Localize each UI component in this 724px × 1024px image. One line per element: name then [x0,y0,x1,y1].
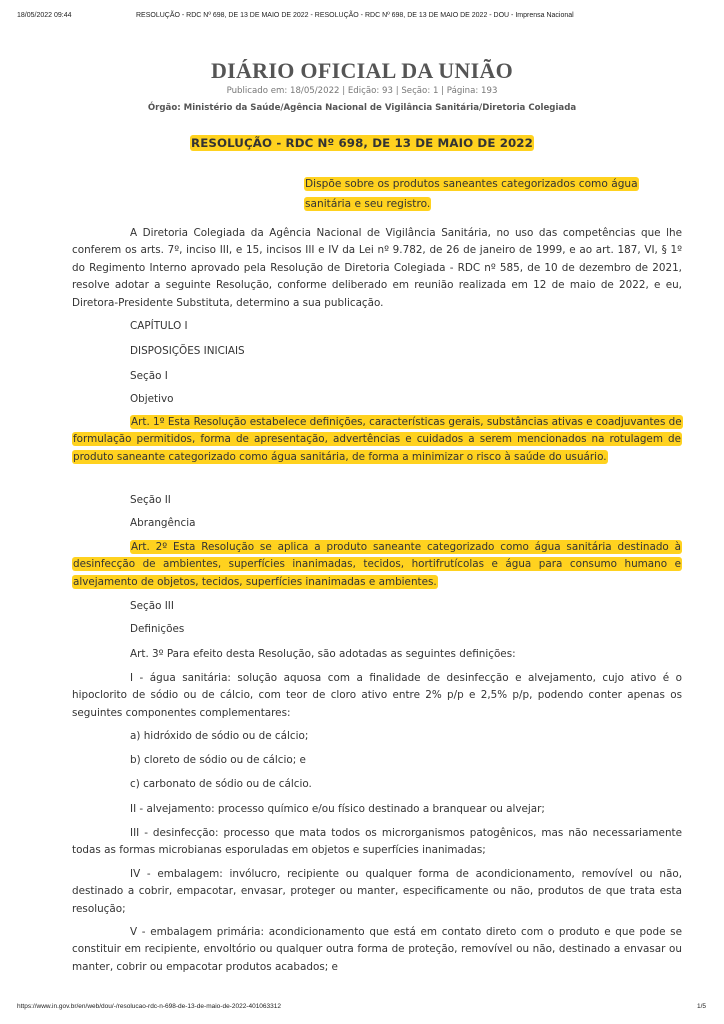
secao3-heading: Seção III [72,598,682,615]
alinea-c-block: c) carbonato de sódio ou de cálcio. [72,776,682,793]
secao1-name-block: Objetivo [72,391,682,408]
inciso-5: V - embalagem primária: acondicionamento… [72,924,682,976]
article-3: Art. 3º Para efeito desta Resolução, são… [72,646,682,663]
capitulo-name-block: DISPOSIÇÕES INICIAIS [72,343,682,360]
art2-block: Art. 2º Esta Resolução se aplica a produ… [72,539,682,591]
article-1: Art. 1º Esta Resolução estabelece defini… [72,414,682,466]
inc3-block: III - desinfecção: processo que mata tod… [72,825,682,860]
secao1-name: Objetivo [72,391,682,408]
secao1-heading: Seção I [72,368,682,385]
inciso-3: III - desinfecção: processo que mata tod… [72,825,682,860]
secao3-block: Seção III [72,598,682,615]
secao2-name-block: Abrangência [72,515,682,532]
ementa-text: Dispõe sobre os produtos saneantes categ… [304,177,639,211]
art3-block: Art. 3º Para efeito desta Resolução, são… [72,646,682,663]
article-2: Art. 2º Esta Resolução se aplica a produ… [72,539,682,591]
inciso-1: I - água sanitária: solução aquosa com a… [72,670,682,722]
document-body: A Diretoria Colegiada da Agência Naciona… [72,225,682,312]
alinea-b: b) cloreto de sódio ou de cálcio; e [72,752,682,769]
orgao-line: Órgão: Ministério da Saúde/Agência Nacio… [0,103,724,113]
print-footer: https://www.in.gov.br/en/web/dou/-/resol… [0,1003,724,1015]
alinea-a: a) hidróxido de sódio ou de cálcio; [72,728,682,745]
print-datetime: 18/05/2022 09:44 [17,12,72,19]
alinea-a-block: a) hidróxido de sódio ou de cálcio; [72,728,682,745]
page-number: 1/5 [697,1003,706,1010]
article-1-text: Art. 1º Esta Resolução estabelece defini… [72,415,683,464]
art1-block: Art. 1º Esta Resolução estabelece defini… [72,414,682,466]
page-url[interactable]: https://www.in.gov.br/en/web/dou/-/resol… [17,1003,281,1010]
secao1-block: Seção I [72,368,682,385]
capitulo-block: CAPÍTULO I [72,318,682,335]
secao3-name-block: Definições [72,621,682,638]
secao2-heading: Seção II [72,492,682,509]
print-title: RESOLUÇÃO - RDC Nº 698, DE 13 DE MAIO DE… [136,12,574,19]
capitulo-name: DISPOSIÇÕES INICIAIS [72,343,682,360]
ementa: Dispõe sobre os produtos saneantes categ… [304,174,684,214]
inc5-block: V - embalagem primária: acondicionamento… [72,924,682,976]
inc1-block: I - água sanitária: solução aquosa com a… [72,670,682,722]
document-title-text: RESOLUÇÃO - RDC Nº 698, DE 13 DE MAIO DE… [190,135,534,151]
capitulo-heading: CAPÍTULO I [72,318,682,335]
inc2-block: II - alvejamento: processo químico e/ou … [72,801,682,818]
alinea-b-block: b) cloreto de sódio ou de cálcio; e [72,752,682,769]
masthead-title: DIÁRIO OFICIAL DA UNIÃO [0,58,724,84]
preamble: A Diretoria Colegiada da Agência Naciona… [72,225,682,312]
publication-info: Publicado em: 18/05/2022 | Edição: 93 | … [0,86,724,96]
inciso-4: IV - embalagem: invólucro, recipiente ou… [72,866,682,918]
secao3-name: Definições [72,621,682,638]
inc4-block: IV - embalagem: invólucro, recipiente ou… [72,866,682,918]
print-header: 18/05/2022 09:44 RESOLUÇÃO - RDC Nº 698,… [0,12,724,24]
secao2-name: Abrangência [72,515,682,532]
inciso-2: II - alvejamento: processo químico e/ou … [72,801,682,818]
article-2-text: Art. 2º Esta Resolução se aplica a produ… [72,540,682,589]
document-title: RESOLUÇÃO - RDC Nº 698, DE 13 DE MAIO DE… [0,136,724,150]
alinea-c: c) carbonato de sódio ou de cálcio. [72,776,682,793]
secao2-block: Seção II [72,492,682,509]
